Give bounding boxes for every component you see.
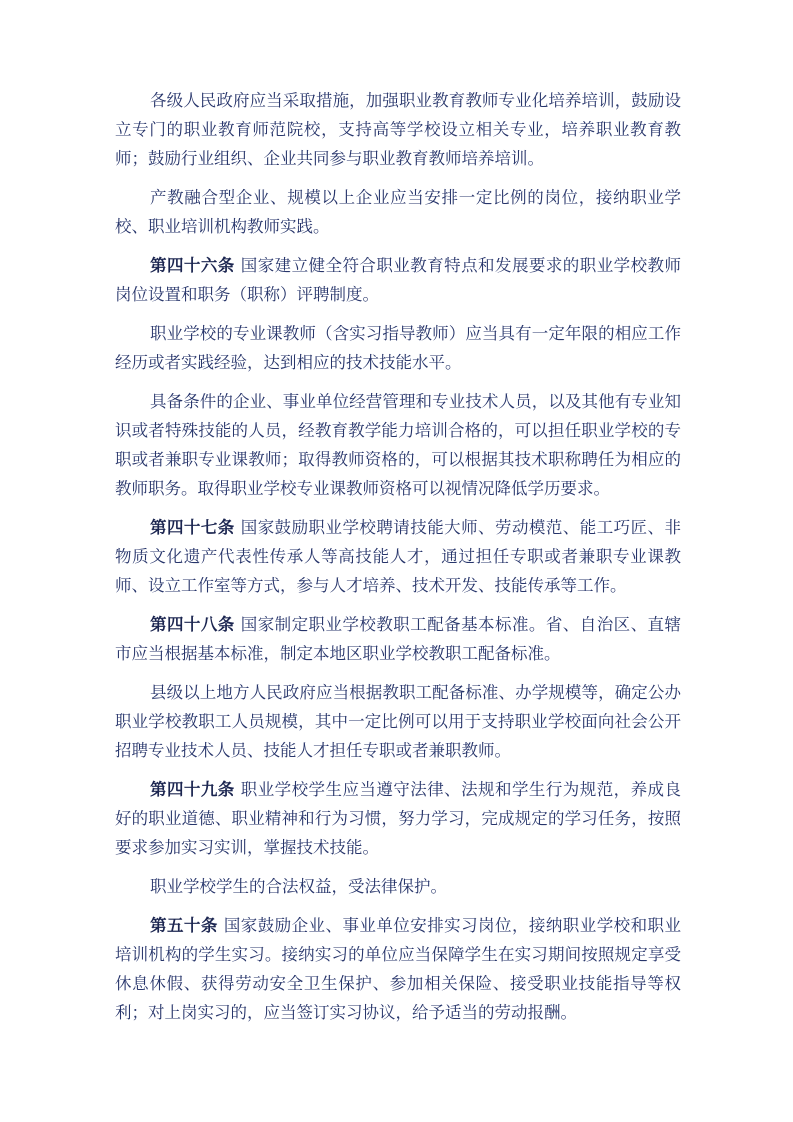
paragraph-text: 职业学校学生的合法权益，受法律保护。: [150, 877, 447, 896]
paragraph: 具备条件的企业、事业单位经营管理和专业技术人员，以及其他有专业知识或者特殊技能的…: [115, 387, 681, 503]
paragraph-text: 具备条件的企业、事业单位经营管理和专业技术人员，以及其他有专业知识或者特殊技能的…: [115, 392, 681, 498]
paragraph-text: 县级以上地方人民政府应当根据教职工配备标准、办学规模等，确定公办职业学校教职工人…: [115, 683, 681, 760]
article-46: 第四十六条国家建立健全符合职业教育特点和发展要求的职业学校教师岗位设置和职务（职…: [115, 251, 681, 309]
paragraph-text: 职业学校的专业课教师（含实习指导教师）应当具有一定年限的相应工作经历或者实践经验…: [115, 324, 681, 372]
article-49: 第四十九条职业学校学生应当遵守法律、法规和学生行为规范，养成良好的职业道德、职业…: [115, 775, 681, 862]
paragraph-text: 产教融合型企业、规模以上企业应当安排一定比例的岗位，接纳职业学校、职业培训机构教…: [115, 188, 681, 236]
paragraph: 职业学校学生的合法权益，受法律保护。: [115, 872, 681, 901]
article-label: 第四十六条: [150, 256, 235, 275]
article-47: 第四十七条国家鼓励职业学校聘请技能大师、劳动模范、能工巧匠、非物质文化遗产代表性…: [115, 513, 681, 600]
paragraph: 职业学校的专业课教师（含实习指导教师）应当具有一定年限的相应工作经历或者实践经验…: [115, 319, 681, 377]
article-50: 第五十条国家鼓励企业、事业单位安排实习岗位，接纳职业学校和职业培训机构的学生实习…: [115, 911, 681, 1027]
article-label: 第五十条: [150, 916, 218, 935]
article-48: 第四十八条国家制定职业学校教职工配备基本标准。省、自治区、直辖市应当根据基本标准…: [115, 610, 681, 668]
article-label: 第四十九条: [150, 780, 235, 799]
paragraph: 县级以上地方人民政府应当根据教职工配备标准、办学规模等，确定公办职业学校教职工人…: [115, 678, 681, 765]
paragraph: 产教融合型企业、规模以上企业应当安排一定比例的岗位，接纳职业学校、职业培训机构教…: [115, 183, 681, 241]
paragraph: 各级人民政府应当采取措施，加强职业教育教师专业化培养培训，鼓励设立专门的职业教育…: [115, 86, 681, 173]
document-page: 各级人民政府应当采取措施，加强职业教育教师专业化培养培训，鼓励设立专门的职业教育…: [115, 86, 681, 1037]
article-label: 第四十七条: [150, 518, 235, 537]
article-label: 第四十八条: [150, 615, 235, 634]
paragraph-text: 各级人民政府应当采取措施，加强职业教育教师专业化培养培训，鼓励设立专门的职业教育…: [115, 91, 681, 168]
